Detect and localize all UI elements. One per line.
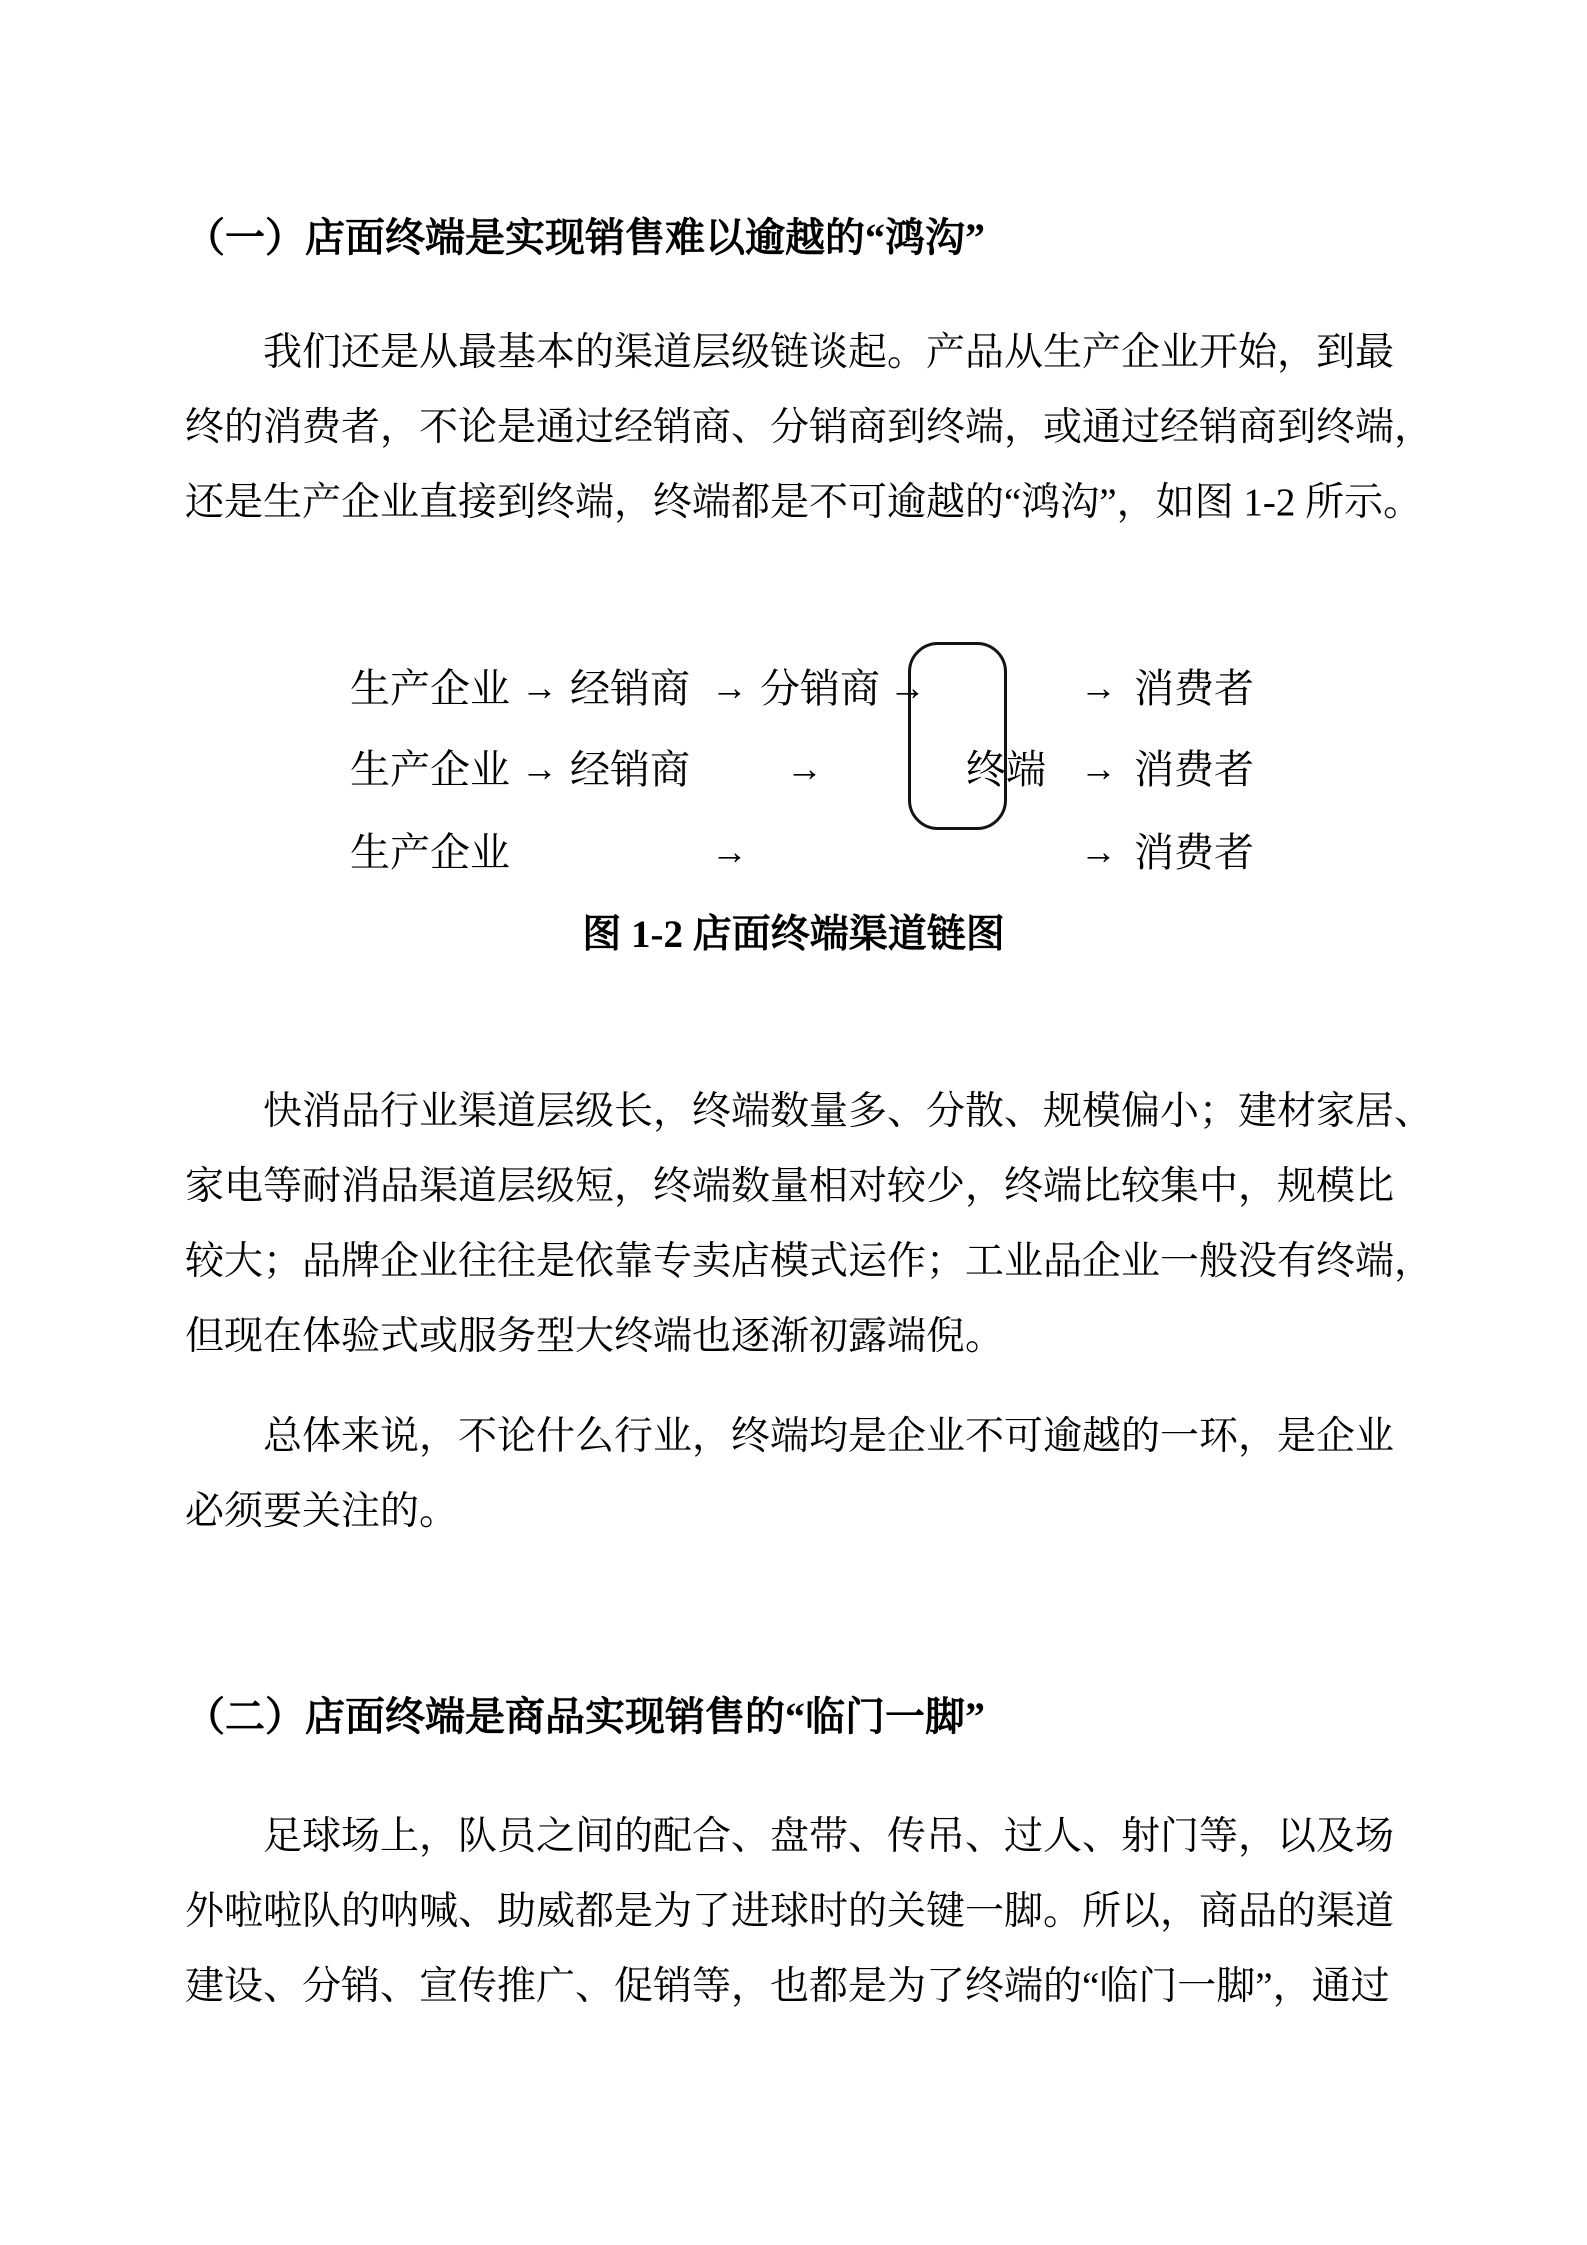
document-page: （一）店面终端是实现销售难以逾越的“鸿沟” 我们还是从最基本的渠道层级链谈起。产… [0,0,1587,2245]
section-1-heading: （一）店面终端是实现销售难以逾越的“鸿沟” [185,200,1445,275]
section-1-paragraph-3: 总体来说，不论什么行业，终端均是企业不可逾越的一环，是企业 必须要关注的。 [185,1399,1445,1549]
figure-node-subdistributor: 分销商 [760,668,880,710]
paragraph-line: 足球场上，队员之间的配合、盘带、传吊、过人、射门等，以及场 [185,1799,1445,1874]
paragraph-line: 我们还是从最基本的渠道层级链谈起。产品从生产企业开始，到最 [185,315,1445,390]
figure-node-consumer: 消费者 [1134,832,1254,874]
channel-chain-figure: 终端 生产企业 → 经销商 → 分销商 → → 消费者 生产企业 → 经销商 →… [0,620,1587,905]
arrow-right-icon: → [1080,749,1117,791]
paragraph-line: 但现在体验式或服务型大终端也逐渐初露端倪。 [185,1299,1445,1374]
arrow-right-icon: → [889,668,926,710]
paragraph-line: 较大；品牌企业往往是依靠专卖店模式运作；工业品企业一般没有终端， [185,1224,1445,1299]
paragraph-line: 必须要关注的。 [185,1474,1445,1549]
figure-node-distributor: 经销商 [570,668,690,710]
arrow-right-icon: → [1080,668,1117,710]
section-1-paragraph-2: 快消品行业渠道层级长，终端数量多、分散、规模偏小；建材家居、 家电等耐消品渠道层… [185,1074,1445,1374]
paragraph-line: 建设、分销、宣传推广、促销等，也都是为了终端的“临门一脚”，通过 [185,1949,1445,2024]
paragraph-line: 终的消费者，不论是通过经销商、分销商到终端，或通过经销商到终端， [185,390,1445,465]
figure-node-producer: 生产企业 [350,668,510,710]
paragraph-line: 还是生产企业直接到终端，终端都是不可逾越的“鸿沟”，如图 1-2 所示。 [185,465,1445,540]
figure-node-producer: 生产企业 [350,749,510,791]
figure-node-consumer: 消费者 [1134,668,1254,710]
figure-node-producer: 生产企业 [350,832,510,874]
arrow-right-icon: → [521,749,558,791]
arrow-right-icon: → [711,832,748,874]
arrow-right-icon: → [521,668,558,710]
section-1-paragraph-1: 我们还是从最基本的渠道层级链谈起。产品从生产企业开始，到最 终的消费者，不论是通… [185,315,1445,540]
arrow-right-icon: → [1080,832,1117,874]
paragraph-line: 总体来说，不论什么行业，终端均是企业不可逾越的一环，是企业 [185,1399,1445,1474]
figure-node-consumer: 消费者 [1134,749,1254,791]
section-2-heading: （二）店面终端是商品实现销售的“临门一脚” [185,1679,1445,1754]
paragraph-line: 外啦啦队的呐喊、助威都是为了进球时的关键一脚。所以，商品的渠道 [185,1874,1445,1949]
paragraph-line: 快消品行业渠道层级长，终端数量多、分散、规模偏小；建材家居、 [185,1074,1445,1149]
figure-node-distributor: 经销商 [570,749,690,791]
terminal-box-label: 终端 [966,749,1046,791]
section-2-paragraph-1: 足球场上，队员之间的配合、盘带、传吊、过人、射门等，以及场 外啦啦队的呐喊、助威… [185,1799,1445,2024]
paragraph-line: 家电等耐消品渠道层级短，终端数量相对较少，终端比较集中，规模比 [185,1149,1445,1224]
arrow-right-icon: → [711,668,748,710]
figure-caption: 图 1-2 店面终端渠道链图 [0,897,1587,972]
arrow-right-icon: → [786,749,823,791]
